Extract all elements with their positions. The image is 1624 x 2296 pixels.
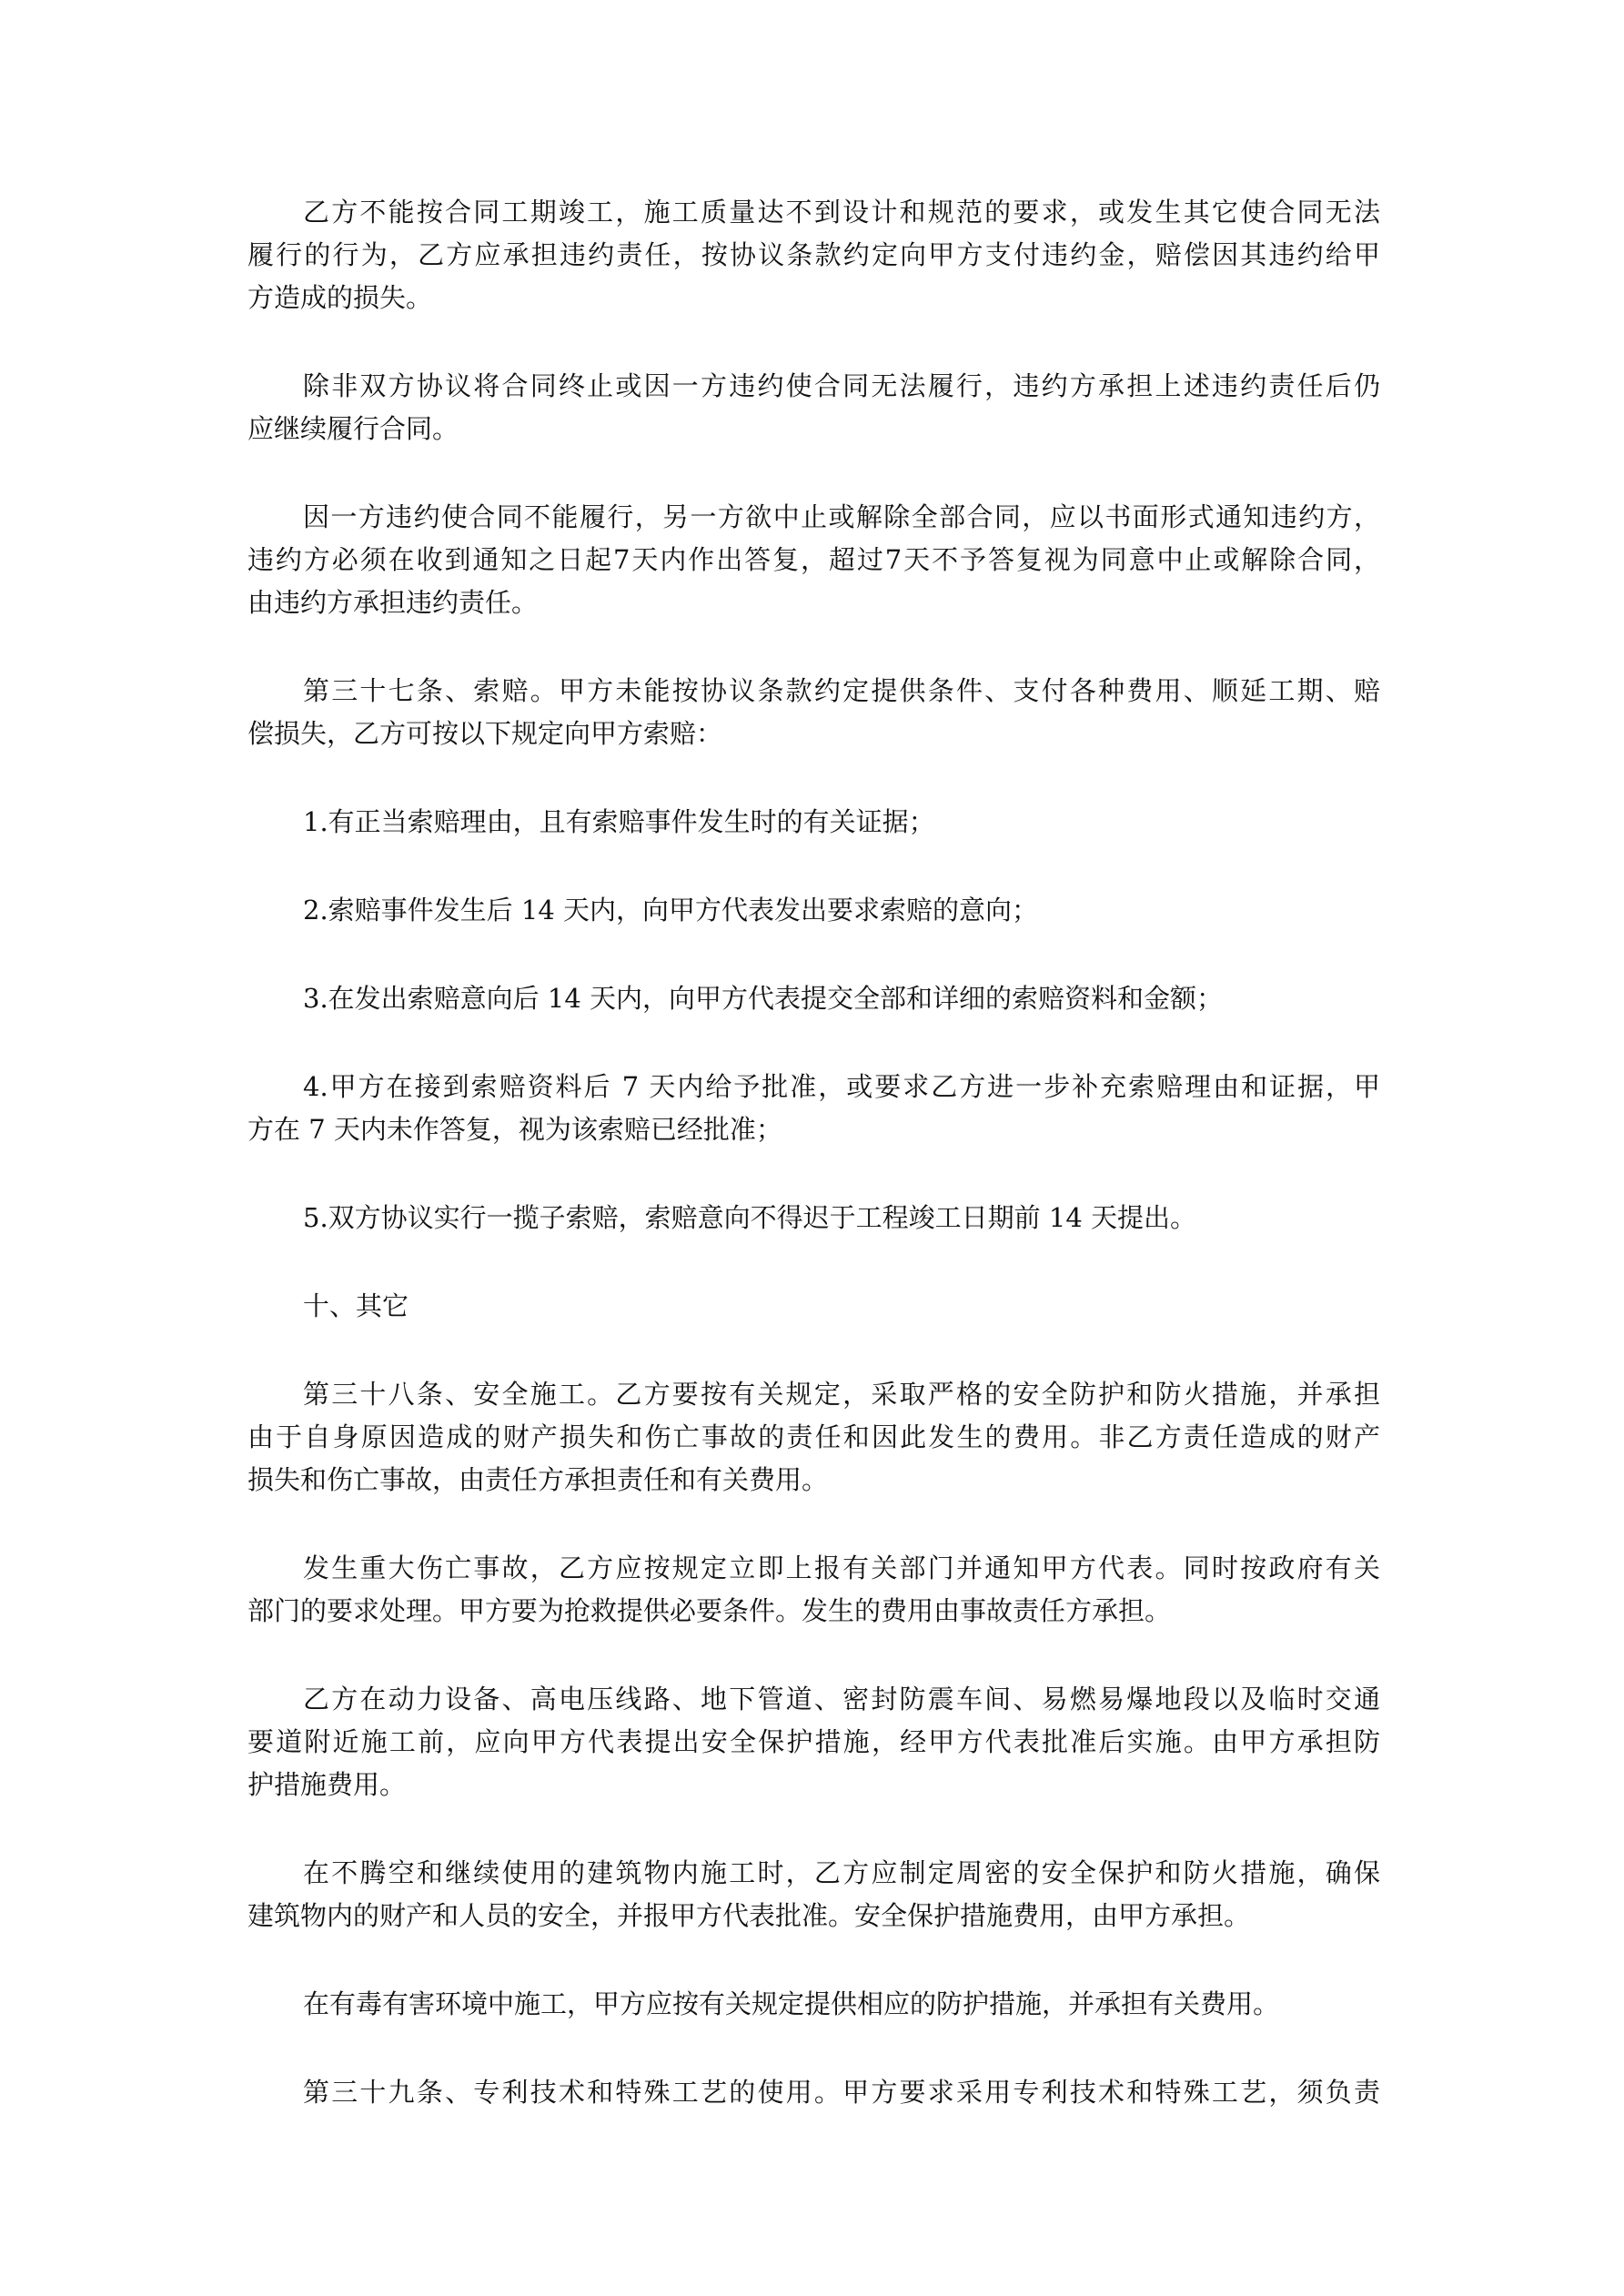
text-line: 由违约方承担违约责任。 [247,582,1380,624]
text-line: 第三十九条、专利技术和特殊工艺的使用。甲方要求采用专利技术和特殊工艺，须负责 [247,2071,1380,2114]
text-line: 乙方不能按合同工期竣工，施工质量达不到设计和规范的要求，或发生其它使合同无法 [247,191,1380,234]
text-line: 履行的行为，乙方应承担违约责任，按协议条款约定向甲方支付违约金，赔偿因其违约给甲 [247,234,1380,277]
paragraph-hazardous-area: 乙方在动力设备、高电压线路、地下管道、密封防震车间、易燃易爆地段以及临时交通 要… [247,1678,1380,1806]
text-line: 在有毒有害环境中施工，甲方应按有关规定提供相应的防护措施，并承担有关费用。 [247,1983,1380,2026]
text-line: 3.在发出索赔意向后 14 天内，向甲方代表提交全部和详细的索赔资料和金额； [247,977,1380,1020]
text-line: 5.双方协议实行一揽子索赔，索赔意向不得迟于工程竣工日期前 14 天提出。 [247,1197,1380,1239]
text-line: 发生重大伤亡事故，乙方应按规定立即上报有关部门并通知甲方代表。同时按政府有关 [247,1547,1380,1590]
article-38-safety: 第三十八条、安全施工。乙方要按有关规定，采取严格的安全防护和防火措施，并承担 由… [247,1373,1380,1502]
claim-item-3: 3.在发出索赔意向后 14 天内，向甲方代表提交全部和详细的索赔资料和金额； [247,977,1380,1020]
claim-item-1: 1.有正当索赔理由，且有索赔事件发生时的有关证据； [247,801,1380,844]
article-39-patents: 第三十九条、专利技术和特殊工艺的使用。甲方要求采用专利技术和特殊工艺，须负责 [247,2071,1380,2114]
text-line: 方在 7 天内未作答复，视为该索赔已经批准； [247,1108,1380,1151]
text-line: 建筑物内的财产和人员的安全，并报甲方代表批准。安全保护措施费用，由甲方承担。 [247,1895,1380,1937]
text-line: 十、其它 [247,1285,1380,1328]
text-line: 违约方必须在收到通知之日起7天内作出答复，超过7天不予答复视为同意中止或解除合同… [247,539,1380,582]
text-line: 由于自身原因造成的财产损失和伤亡事故的责任和因此发生的费用。非乙方责任造成的财产 [247,1416,1380,1459]
section-heading-other: 十、其它 [247,1285,1380,1328]
text-line: 要道附近施工前，应向甲方代表提出安全保护措施，经甲方代表批准后实施。由甲方承担防 [247,1721,1380,1764]
text-line: 应继续履行合同。 [247,408,1380,450]
claim-item-4: 4.甲方在接到索赔资料后 7 天内给予批准，或要求乙方进一步补充索赔理由和证据，… [247,1066,1380,1151]
text-line: 乙方在动力设备、高电压线路、地下管道、密封防震车间、易燃易爆地段以及临时交通 [247,1678,1380,1721]
text-line: 4.甲方在接到索赔资料后 7 天内给予批准，或要求乙方进一步补充索赔理由和证据，… [247,1066,1380,1108]
text-line: 1.有正当索赔理由，且有索赔事件发生时的有关证据； [247,801,1380,844]
text-line: 偿损失，乙方可按以下规定向甲方索赔： [247,713,1380,755]
text-line: 2.索赔事件发生后 14 天内，向甲方代表发出要求索赔的意向； [247,889,1380,932]
paragraph-toxic-environment: 在有毒有害环境中施工，甲方应按有关规定提供相应的防护措施，并承担有关费用。 [247,1983,1380,2026]
paragraph-occupied-building: 在不腾空和继续使用的建筑物内施工时，乙方应制定周密的安全保护和防火措施，确保 建… [247,1852,1380,1937]
text-line: 损失和伤亡事故，由责任方承担责任和有关费用。 [247,1459,1380,1502]
article-37-claims: 第三十七条、索赔。甲方未能按协议条款约定提供条件、支付各种费用、顺延工期、赔 偿… [247,670,1380,755]
text-line: 因一方违约使合同不能履行，另一方欲中止或解除全部合同，应以书面形式通知违约方， [247,496,1380,539]
text-line: 第三十七条、索赔。甲方未能按协议条款约定提供条件、支付各种费用、顺延工期、赔 [247,670,1380,713]
paragraph-continue-performance: 除非双方协议将合同终止或因一方违约使合同无法履行，违约方承担上述违约责任后仍 应… [247,365,1380,450]
document-page: 乙方不能按合同工期竣工，施工质量达不到设计和规范的要求，或发生其它使合同无法 履… [247,191,1380,2159]
claim-item-5: 5.双方协议实行一揽子索赔，索赔意向不得迟于工程竣工日期前 14 天提出。 [247,1197,1380,1239]
text-line: 方造成的损失。 [247,277,1380,319]
text-line: 护措施费用。 [247,1764,1380,1806]
text-line: 第三十八条、安全施工。乙方要按有关规定，采取严格的安全防护和防火措施，并承担 [247,1373,1380,1416]
text-line: 部门的要求处理。甲方要为抢救提供必要条件。发生的费用由事故责任方承担。 [247,1590,1380,1633]
text-line: 除非双方协议将合同终止或因一方违约使合同无法履行，违约方承担上述违约责任后仍 [247,365,1380,408]
paragraph-major-accident: 发生重大伤亡事故，乙方应按规定立即上报有关部门并通知甲方代表。同时按政府有关 部… [247,1547,1380,1633]
paragraph-termination-notice: 因一方违约使合同不能履行，另一方欲中止或解除全部合同，应以书面形式通知违约方， … [247,496,1380,624]
text-line: 在不腾空和继续使用的建筑物内施工时，乙方应制定周密的安全保护和防火措施，确保 [247,1852,1380,1895]
paragraph-breach-of-contract-b: 乙方不能按合同工期竣工，施工质量达不到设计和规范的要求，或发生其它使合同无法 履… [247,191,1380,319]
claim-item-2: 2.索赔事件发生后 14 天内，向甲方代表发出要求索赔的意向； [247,889,1380,932]
